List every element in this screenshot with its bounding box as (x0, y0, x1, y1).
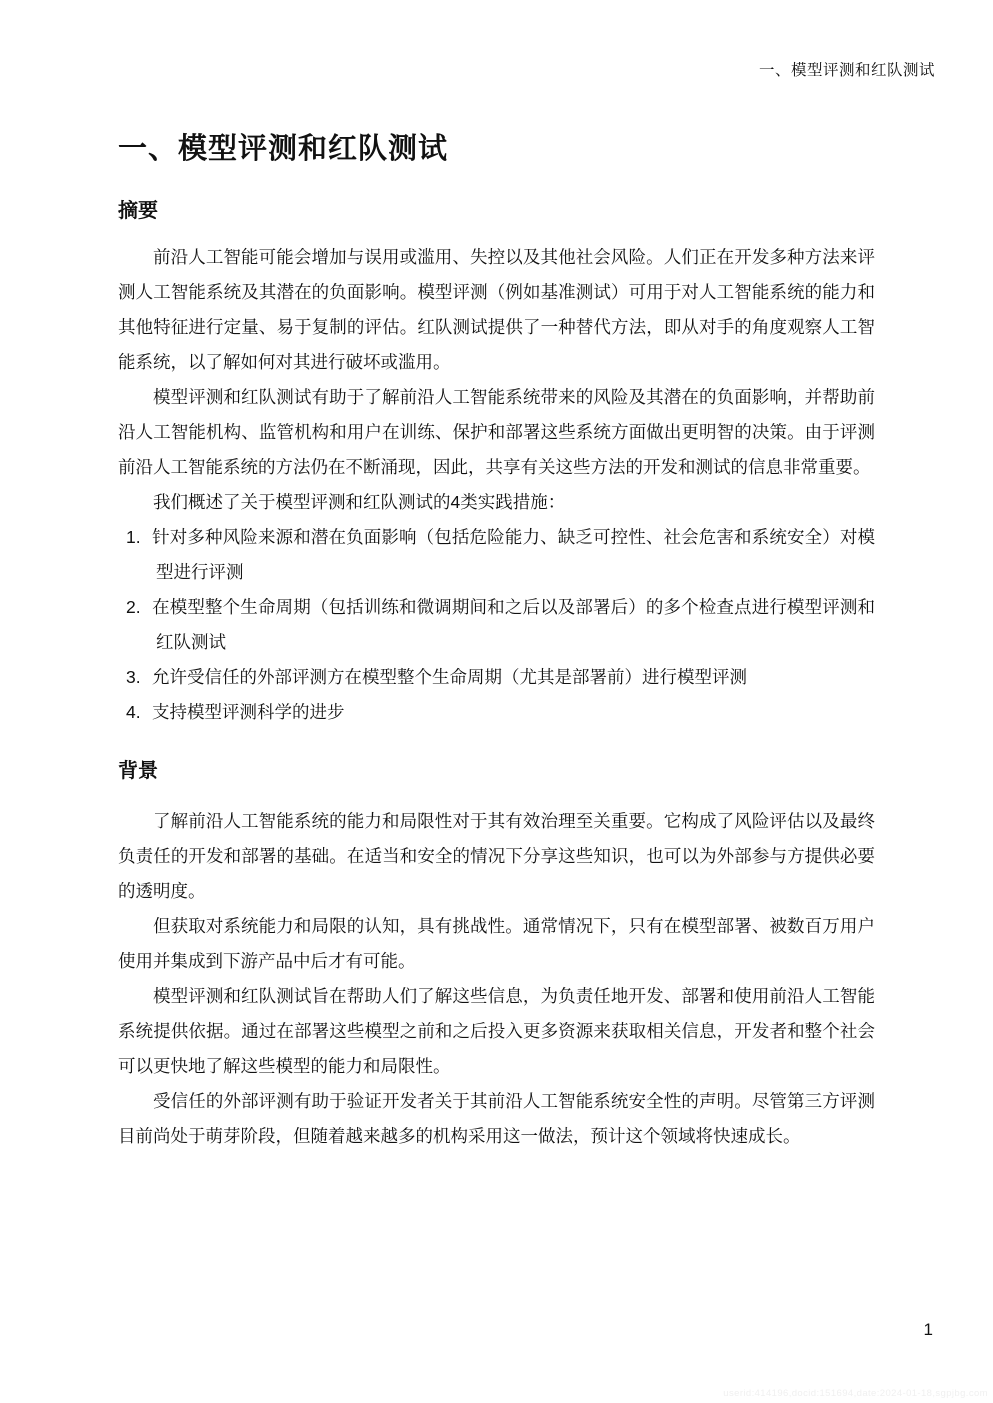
list-item-text: 在模型整个生命周期（包括训练和微调期间和之后以及部署后）的多个检查点进行模型评测… (152, 597, 875, 652)
background-paragraph-2: 但获取对系统能力和局限的认知，具有挑战性。通常情况下，只有在模型部署、被数百万用… (118, 909, 875, 979)
list-item: 1.针对多种风险来源和潜在负面影响（包括危险能力、缺乏可控性、社会危害和系统安全… (118, 520, 875, 590)
abstract-paragraph-1: 前沿人工智能可能会增加与误用或滥用、失控以及其他社会风险。人们正在开发多种方法来… (118, 240, 875, 380)
list-item: 3.允许受信任的外部评测方在模型整个生命周期（尤其是部署前）进行模型评测 (118, 660, 875, 695)
list-item: 2.在模型整个生命周期（包括训练和微调期间和之后以及部署后）的多个检查点进行模型… (118, 590, 875, 660)
list-item-text: 支持模型评测科学的进步 (152, 702, 345, 722)
list-item-number: 1. (126, 520, 152, 555)
watermark-text: userid:414196,docid:151694,date:2024-01-… (723, 1388, 988, 1399)
practice-list: 1.针对多种风险来源和潜在负面影响（包括危险能力、缺乏可控性、社会危害和系统安全… (118, 520, 875, 730)
page-number: 1 (924, 1320, 933, 1340)
list-item-number: 2. (126, 590, 152, 625)
section-heading-background: 背景 (118, 758, 875, 784)
page-content: 一、模型评测和红队测试 摘要 前沿人工智能可能会增加与误用或滥用、失控以及其他社… (118, 0, 875, 1154)
background-paragraph-1: 了解前沿人工智能系统的能力和局限性对于其有效治理至关重要。它构成了风险评估以及最… (118, 804, 875, 909)
abstract-paragraph-3: 我们概述了关于模型评测和红队测试的4类实践措施： (118, 485, 875, 520)
document-title: 一、模型评测和红队测试 (118, 130, 875, 168)
list-item-number: 4. (126, 695, 152, 730)
section-heading-abstract: 摘要 (118, 198, 875, 224)
list-item-number: 3. (126, 660, 152, 695)
list-item-text: 允许受信任的外部评测方在模型整个生命周期（尤其是部署前）进行模型评测 (152, 667, 747, 687)
abstract-paragraph-2: 模型评测和红队测试有助于了解前沿人工智能系统带来的风险及其潜在的负面影响，并帮助… (118, 380, 875, 485)
list-item-text: 针对多种风险来源和潜在负面影响（包括危险能力、缺乏可控性、社会危害和系统安全）对… (152, 527, 875, 582)
list-item: 4.支持模型评测科学的进步 (118, 695, 875, 730)
background-paragraph-4: 受信任的外部评测有助于验证开发者关于其前沿人工智能系统安全性的声明。尽管第三方评… (118, 1084, 875, 1154)
document-page: 一、模型评测和红队测试 一、模型评测和红队测试 摘要 前沿人工智能可能会增加与误… (0, 0, 993, 1403)
background-paragraph-3: 模型评测和红队测试旨在帮助人们了解这些信息，为负责任地开发、部署和使用前沿人工智… (118, 979, 875, 1084)
